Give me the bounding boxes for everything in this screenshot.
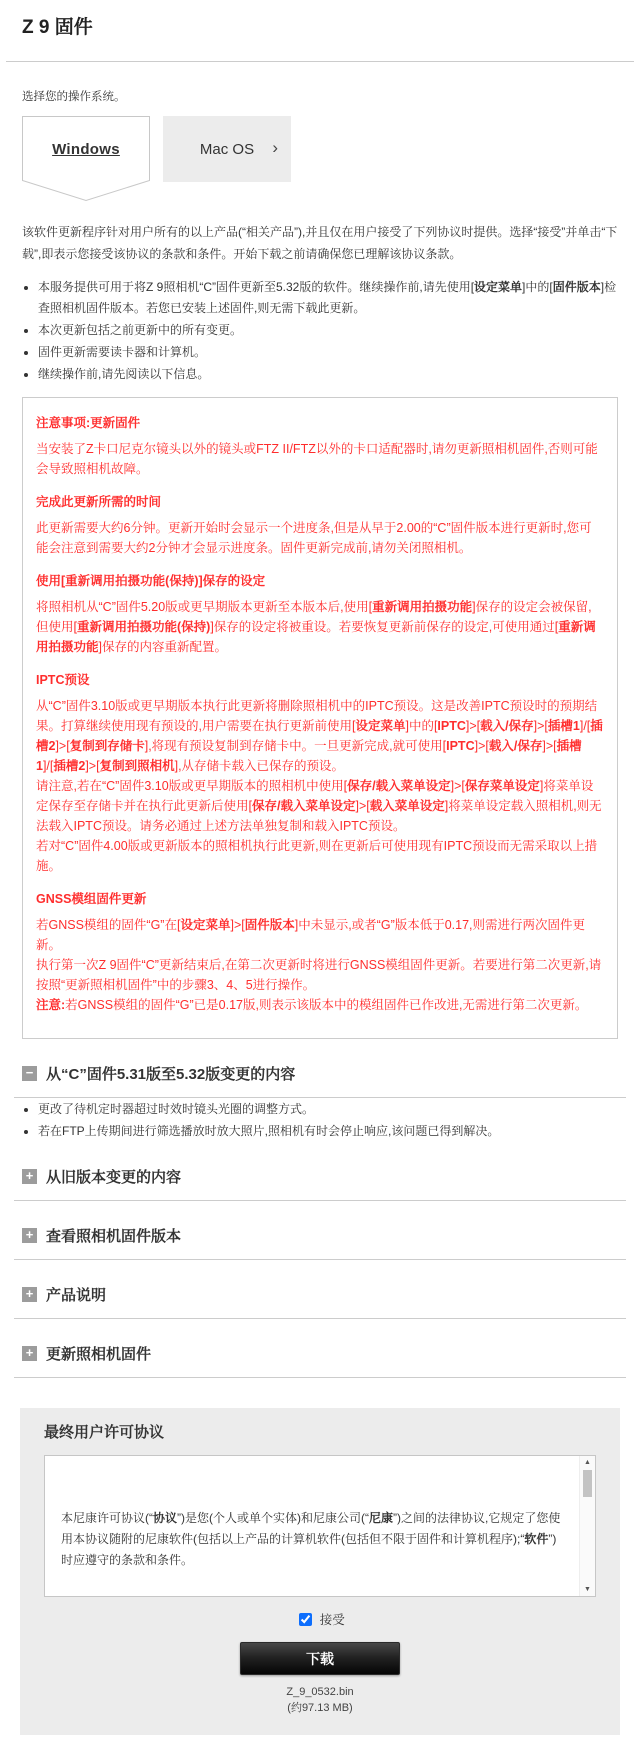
divider (14, 1097, 626, 1098)
section-label: 从旧版本变更的内容 (46, 1166, 181, 1187)
download-button[interactable]: 下载 (240, 1642, 400, 1675)
scrollbar-thumb[interactable] (583, 1470, 592, 1497)
list-item: 本次更新包括之前更新中的所有变更。 (38, 320, 618, 341)
notice-paragraph: 从“C”固件3.10版或更早期版本执行此更新将删除照相机中的IPTC预设。这是改… (36, 696, 604, 876)
collapse-icon: − (22, 1066, 37, 1081)
notice-paragraph: 此更新需要大约6分钟。更新开始时会显示一个进度条,但是从早于2.00的“C”固件… (36, 518, 604, 558)
eula-heading: 最终用户许可协议 (44, 1421, 596, 1442)
accept-row: 接受 (44, 1610, 596, 1629)
section-update-firmware[interactable]: + 更新照相机固件 (22, 1343, 618, 1364)
list-item: 继续操作前,请先阅读以下信息。 (38, 364, 618, 385)
file-name: Z_9_0532.bin (44, 1686, 596, 1698)
accept-checkbox[interactable] (299, 1613, 312, 1626)
chevron-right-icon: › (272, 138, 278, 158)
section-label: 查看照相机固件版本 (46, 1225, 181, 1246)
expand-icon: + (22, 1169, 37, 1184)
os-tab-windows-label: Windows (22, 141, 150, 158)
notice-paragraph: 若GNSS模组的固件“G”在[设定菜单]>[固件版本]中未显示,或者“G”版本低… (36, 915, 604, 1015)
firmware-notice-box: 注意事项:更新固件 当安装了Z卡口尼克尔镜头以外的镜头或FTZ II/FTZ以外… (22, 397, 618, 1039)
page-title: Z 9 固件 (22, 12, 618, 39)
notice-heading: IPTC预设 (36, 670, 604, 688)
file-size: (约97.13 MB) (44, 1699, 596, 1715)
windows-tab-shape (22, 116, 150, 202)
eula-text-content: 本尼康许可协议(“协议”)是您(个人或单个实体)和尼康公司(“尼康”)之间的法律… (45, 1456, 595, 1597)
os-prompt: 选择您的操作系统。 (22, 88, 618, 104)
list-item: 本服务提供可用于将Z 9照相机“C”固件更新至5.32版的软件。继续操作前,请先… (38, 277, 618, 319)
intro-text: 该软件更新程序针对用户所有的以上产品(“相关产品”),并且仅在用户接受了下列协议… (22, 222, 618, 265)
section-product-description[interactable]: + 产品说明 (22, 1284, 618, 1305)
scroll-down-icon[interactable]: ▼ (580, 1583, 595, 1596)
changes-bullet-list: 更改了待机定时器超过时效时镜头光圈的调整方式。 若在FTP上传期间进行筛选播放时… (38, 1099, 618, 1142)
os-tab-macos-label: Mac OS (200, 141, 254, 158)
eula-panel: 最终用户许可协议 本尼康许可协议(“协议”)是您(个人或单个实体)和尼康公司(“… (20, 1408, 620, 1735)
divider (14, 1200, 626, 1201)
os-tab-windows[interactable]: Windows (22, 116, 150, 202)
section-label: 从“C”固件5.31版至5.32版变更的内容 (46, 1063, 295, 1084)
scroll-up-icon[interactable]: ▲ (580, 1456, 595, 1469)
eula-paragraph: 本尼康许可协议(“协议”)是您(个人或单个实体)和尼康公司(“尼康”)之间的法律… (61, 1508, 565, 1571)
expand-icon: + (22, 1228, 37, 1243)
notice-heading: GNSS模组固件更新 (36, 889, 604, 907)
list-item: 若在FTP上传期间进行筛选播放时放大照片,照相机有时会停止响应,该问题已得到解决… (38, 1121, 618, 1142)
section-changes-from-older[interactable]: + 从旧版本变更的内容 (22, 1166, 618, 1187)
divider (14, 1377, 626, 1378)
notice-heading: 注意事项:更新固件 (36, 413, 604, 431)
notice-heading: 完成此更新所需的时间 (36, 492, 604, 510)
overview-bullet-list: 本服务提供可用于将Z 9照相机“C”固件更新至5.32版的软件。继续操作前,请先… (38, 277, 618, 385)
expand-icon: + (22, 1346, 37, 1361)
section-changes-531-to-532[interactable]: − 从“C”固件5.31版至5.32版变更的内容 (22, 1063, 618, 1084)
eula-text-box[interactable]: 本尼康许可协议(“协议”)是您(个人或单个实体)和尼康公司(“尼康”)之间的法律… (44, 1455, 596, 1597)
divider (6, 61, 634, 62)
notice-heading: 使用[重新调用拍摄功能(保持)]保存的设定 (36, 571, 604, 589)
divider (14, 1259, 626, 1260)
list-item: 固件更新需要读卡器和计算机。 (38, 342, 618, 363)
divider (14, 1318, 626, 1319)
section-view-firmware-version[interactable]: + 查看照相机固件版本 (22, 1225, 618, 1246)
section-label: 产品说明 (46, 1284, 106, 1305)
firmware-download-page: Z 9 固件 选择您的操作系统。 Windows Mac OS › 该软件更新程… (0, 0, 640, 1751)
os-tab-macos[interactable]: Mac OS › (163, 116, 291, 182)
list-item: 更改了待机定时器超过时效时镜头光圈的调整方式。 (38, 1099, 618, 1120)
notice-paragraph: 将照相机从“C”固件5.20版或更早期版本更新至本版本后,使用[重新调用拍摄功能… (36, 597, 604, 657)
os-selector: Windows Mac OS › (22, 116, 618, 206)
expand-icon: + (22, 1287, 37, 1302)
section-label: 更新照相机固件 (46, 1343, 151, 1364)
scrollbar[interactable]: ▲ ▼ (579, 1456, 595, 1596)
notice-paragraph: 当安装了Z卡口尼克尔镜头以外的镜头或FTZ II/FTZ以外的卡口适配器时,请勿… (36, 439, 604, 479)
accept-label[interactable]: 接受 (320, 1613, 345, 1627)
